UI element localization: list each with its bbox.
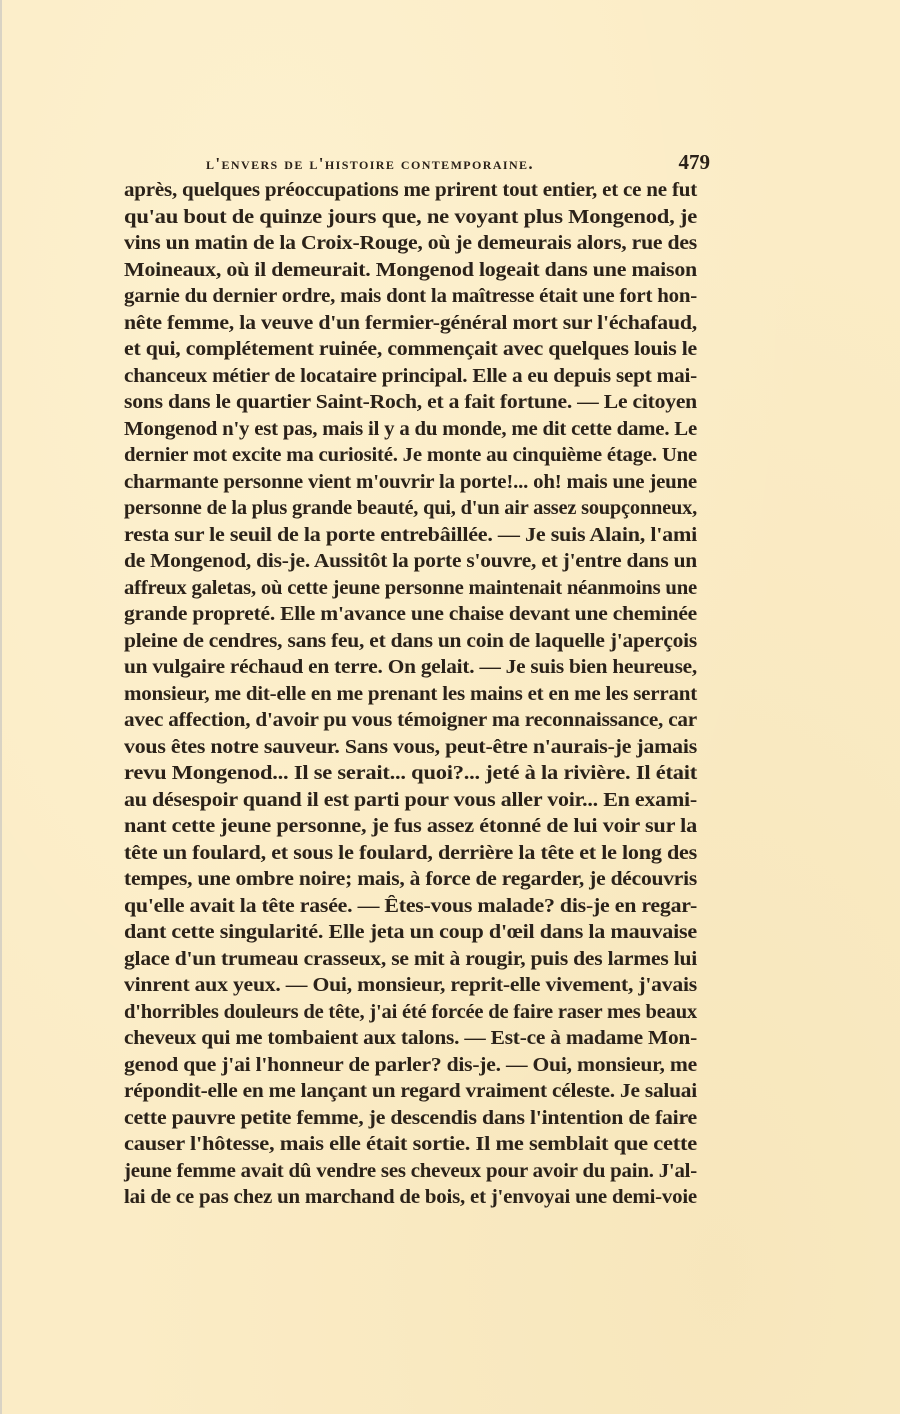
text-line-content: chanceux métier de locataire principal. … [124,364,697,391]
text-line-content: vins un matin de la Croix-Rouge, où je d… [124,231,697,258]
text-line: tête un foulard, et sous le foulard, der… [124,841,697,868]
body-text: après, quelques préoccupations me priren… [124,178,697,1212]
text-line: causer l'hôtesse, mais elle était sortie… [124,1132,697,1159]
text-line-content: tête un foulard, et sous le foulard, der… [124,841,697,868]
text-line-content: vinrent aux yeux. — Oui, monsieur, repri… [124,973,697,1000]
text-line: au désespoir quand il est parti pour vou… [124,788,697,815]
text-line: personne de la plus grande beauté, qui, … [124,496,697,523]
text-line-content: avec affection, d'avoir pu vous témoigne… [124,708,697,735]
text-line-content: un vulgaire réchaud en terre. On gelait.… [124,655,697,682]
text-line-content: glace d'un trumeau crasseux, se mit à ro… [124,947,697,974]
text-line: jeune femme avait dû vendre ses cheveux … [124,1159,697,1186]
text-line-content: cette pauvre petite femme, je descendis … [124,1106,697,1133]
text-line: tempes, une ombre noire; mais, à force d… [124,867,697,894]
text-line: revu Mongenod... Il se serait... quoi?..… [124,761,697,788]
text-line-content: causer l'hôtesse, mais elle était sortie… [124,1132,697,1159]
text-line: vinrent aux yeux. — Oui, monsieur, repri… [124,973,697,1000]
text-line-content: nant cette jeune personne, je fus assez … [124,814,697,841]
text-line: garnie du dernier ordre, mais dont la ma… [124,284,697,311]
text-line-content: dernier mot excite ma curiosité. Je mont… [124,443,697,470]
text-line: après, quelques préoccupations me priren… [124,178,697,205]
book-page: l'envers de l'histoire contemporaine. 47… [0,0,900,1414]
text-line-content: charmante personne vient m'ouvrir la por… [124,470,697,497]
text-line-content: monsieur, me dit-elle en me prenant les … [124,682,697,709]
text-line: sons dans le quartier Saint-Roch, et a f… [124,390,697,417]
text-line: dernier mot excite ma curiosité. Je mont… [124,443,697,470]
text-line: qu'elle avait la tête rasée. — Êtes-vous… [124,894,697,921]
text-line: genod que j'ai l'honneur de parler? dis-… [124,1053,697,1080]
text-line-content: qu'elle avait la tête rasée. — Êtes-vous… [124,894,697,921]
text-line-content: vous êtes notre sauveur. Sans vous, peut… [124,735,697,762]
text-line: nête femme, la veuve d'un fermier-généra… [124,311,697,338]
text-line: vous êtes notre sauveur. Sans vous, peut… [124,735,697,762]
text-line: monsieur, me dit-elle en me prenant les … [124,682,697,709]
text-line: de Mongenod, dis-je. Aussitôt la porte s… [124,549,697,576]
text-line-content: affreux galetas, où cette jeune personne… [124,576,697,603]
running-header: l'envers de l'histoire contemporaine. 47… [206,150,710,176]
text-line-content: grande propreté. Elle m'avance une chais… [124,602,697,629]
text-line-content: lai de ce pas chez un marchand de bois, … [124,1185,697,1212]
text-line: lai de ce pas chez un marchand de bois, … [124,1185,697,1212]
text-line-content: après, quelques préoccupations me priren… [124,178,697,205]
text-line: d'horribles douleurs de tête, j'ai été f… [124,1000,697,1027]
page-edge [0,0,2,1414]
text-line-content: d'horribles douleurs de tête, j'ai été f… [124,1000,697,1027]
text-line: vins un matin de la Croix-Rouge, où je d… [124,231,697,258]
text-line: nant cette jeune personne, je fus assez … [124,814,697,841]
text-line-content: garnie du dernier ordre, mais dont la ma… [124,284,697,311]
text-line: affreux galetas, où cette jeune personne… [124,576,697,603]
text-line: et qui, complétement ruinée, commençait … [124,337,697,364]
text-line: avec affection, d'avoir pu vous témoigne… [124,708,697,735]
text-line: glace d'un trumeau crasseux, se mit à ro… [124,947,697,974]
text-line: resta sur le seuil de la porte entrebâil… [124,523,697,550]
text-line: répondit-elle en me lançant un regard vr… [124,1079,697,1106]
text-line-content: nête femme, la veuve d'un fermier-généra… [124,311,697,338]
text-line-content: au désespoir quand il est parti pour vou… [124,788,697,815]
text-line-content: de Mongenod, dis-je. Aussitôt la porte s… [124,549,697,576]
text-line-content: jeune femme avait dû vendre ses cheveux … [124,1159,697,1186]
text-line: qu'au bout de quinze jours que, ne voyan… [124,205,697,232]
text-line-content: qu'au bout de quinze jours que, ne voyan… [124,205,697,232]
text-line-content: répondit-elle en me lançant un regard vr… [124,1079,697,1106]
running-title: l'envers de l'histoire contemporaine. [206,154,534,174]
text-line-content: dant cette singularité. Elle jeta un cou… [124,920,697,947]
text-line-content: cheveux qui me tombaient aux talons. — E… [124,1026,697,1053]
text-line-content: tempes, une ombre noire; mais, à force d… [124,867,697,894]
text-line: cette pauvre petite femme, je descendis … [124,1106,697,1133]
text-line: un vulgaire réchaud en terre. On gelait.… [124,655,697,682]
text-line: pleine de cendres, sans feu, et dans un … [124,629,697,656]
text-line-content: genod que j'ai l'honneur de parler? dis-… [124,1053,697,1080]
text-line-content: sons dans le quartier Saint-Roch, et a f… [124,390,697,417]
text-line-content: pleine de cendres, sans feu, et dans un … [124,629,697,656]
text-line-content: Moineaux, où il demeurait. Mongenod loge… [124,258,697,285]
text-line-content: Mongenod n'y est pas, mais il y a du mon… [124,417,697,444]
text-line: chanceux métier de locataire principal. … [124,364,697,391]
text-line-content: personne de la plus grande beauté, qui, … [124,496,697,523]
text-line: cheveux qui me tombaient aux talons. — E… [124,1026,697,1053]
text-line: Moineaux, où il demeurait. Mongenod loge… [124,258,697,285]
page-number: 479 [679,150,711,175]
text-line: grande propreté. Elle m'avance une chais… [124,602,697,629]
text-line: charmante personne vient m'ouvrir la por… [124,470,697,497]
text-line: dant cette singularité. Elle jeta un cou… [124,920,697,947]
text-line-content: resta sur le seuil de la porte entrebâil… [124,523,697,550]
text-line-content: revu Mongenod... Il se serait... quoi?..… [124,761,697,788]
text-line: Mongenod n'y est pas, mais il y a du mon… [124,417,697,444]
text-line-content: et qui, complétement ruinée, commençait … [124,337,697,364]
